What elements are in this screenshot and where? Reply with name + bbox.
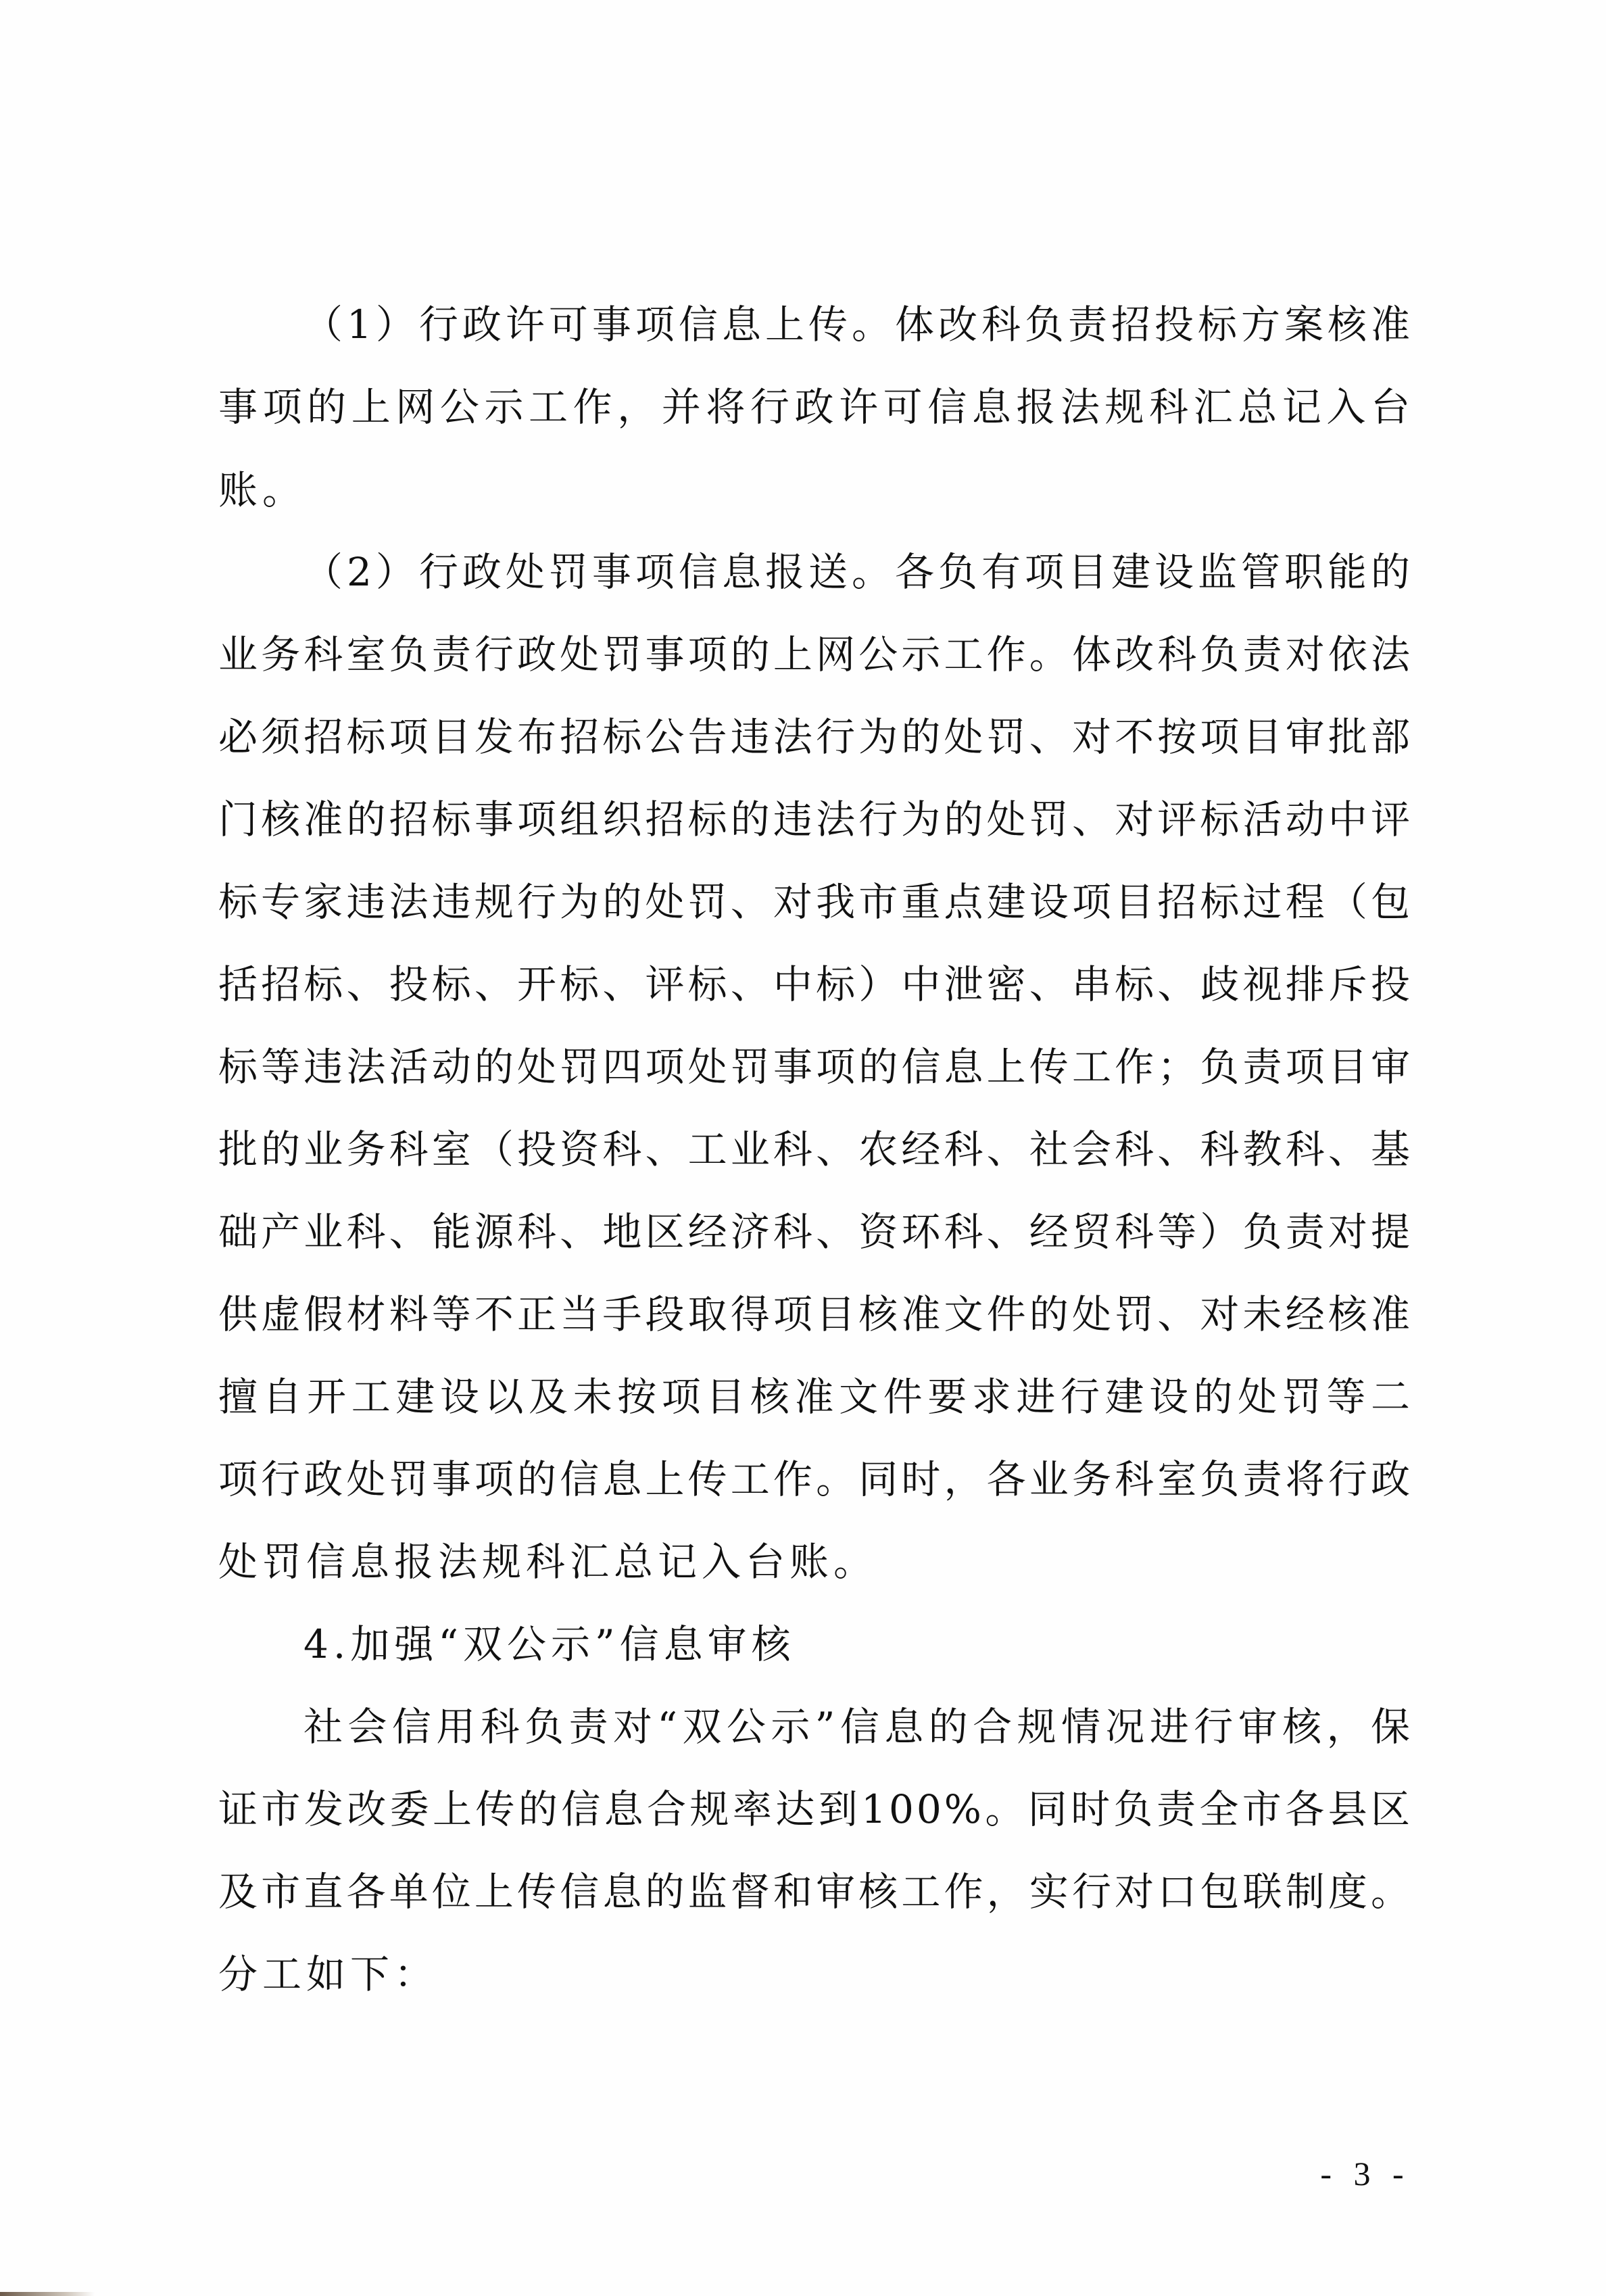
paragraph-2-line-7: 标等违法活动的处罚四项处罚事项的信息上传工作；负责项目审 [218,1040,1413,1094]
paragraph-2-line-2: 业务科室负责行政处罚事项的上网公示工作。体改科负责对依法 [218,627,1413,681]
paragraph-2-line-8: 批的业务科室（投资科、工业科、农经科、社会科、科教科、基 [218,1122,1413,1176]
paragraph-2-line-1: （2）行政处罚事项信息报送。各负有项目建设监管职能的 [303,545,1413,599]
paragraph-3-line-4: 分工如下： [218,1947,438,2001]
page-number: - 3 - [1318,2150,1413,2197]
paragraph-2-line-13: 处罚信息报法规科汇总记入台账。 [218,1535,877,1589]
paragraph-1-line-2: 事项的上网公示工作，并将行政许可信息报法规科汇总记入台 [218,380,1413,434]
section-heading-4: 4.加强“双公示”信息审核 [303,1617,796,1671]
paragraph-2-line-10: 供虚假材料等不正当手段取得项目核准文件的处罚、对未经核准 [218,1287,1413,1341]
paragraph-2-line-11: 擅自开工建设以及未按项目核准文件要求进行建设的处罚等二 [218,1370,1413,1424]
paragraph-2-line-9: 础产业科、能源科、地区经济科、资环科、经贸科等）负责对提 [218,1205,1413,1259]
scan-edge-shadow [0,2292,95,2296]
paragraph-1-line-1: （1）行政许可事项信息上传。体改科负责招投标方案核准 [303,297,1413,352]
paragraph-2-line-12: 项行政处罚事项的信息上传工作。同时，各业务科室负责将行政 [218,1452,1413,1506]
paragraph-1-line-3: 账。 [218,463,306,517]
paragraph-3-line-3: 及市直各单位上传信息的监督和审核工作，实行对口包联制度。 [218,1865,1413,1919]
document-page: （1）行政许可事项信息上传。体改科负责招投标方案核准 事项的上网公示工作，并将行… [0,0,1606,2296]
paragraph-3-line-1: 社会信用科负责对“双公示”信息的合规情况进行审核，保 [303,1700,1413,1754]
paragraph-2-line-3: 必须招标项目发布招标公告违法行为的处罚、对不按项目审批部 [218,710,1413,764]
paragraph-2-line-4: 门核准的招标事项组织招标的违法行为的处罚、对评标活动中评 [218,792,1413,846]
paragraph-2-line-6: 括招标、投标、开标、评标、中标）中泄密、串标、歧视排斥投 [218,957,1413,1011]
paragraph-2-line-5: 标专家违法违规行为的处罚、对我市重点建设项目招标过程（包 [218,875,1413,929]
paragraph-3-line-2: 证市发改委上传的信息合规率达到100%。同时负责全市各县区 [218,1782,1413,1836]
